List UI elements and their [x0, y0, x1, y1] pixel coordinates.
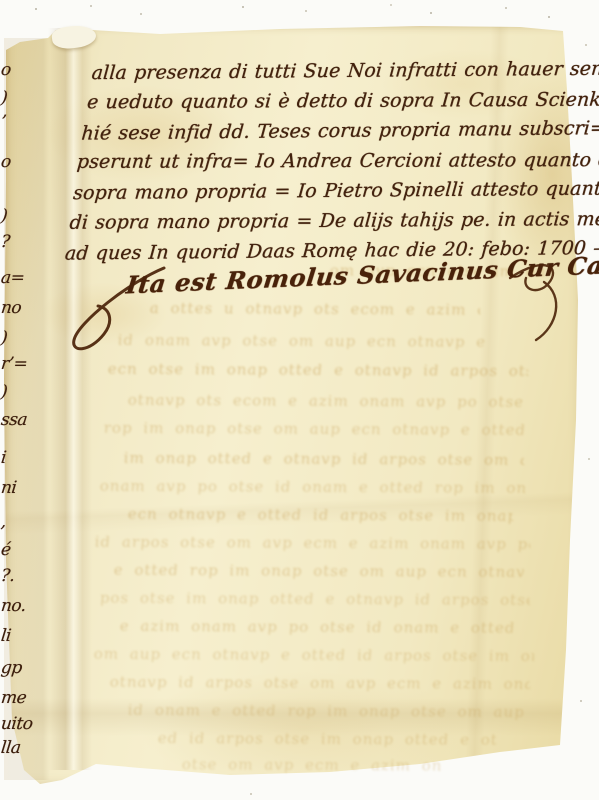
manuscript-line: hié sese infid dd. Teses corus propria m…: [80, 113, 574, 148]
signature-text: Ita est Romolus Savacinus Cur Cap Nobrij: [125, 246, 599, 300]
manuscript-line: pserunt ut infra= Io Andrea Cercioni att…: [76, 145, 572, 177]
handwritten-text-block: alla presenza di tutti Sue Noi infratti …: [75, 56, 579, 266]
scanned-manuscript: om avp ecn otse im onap otted ea ottes u…: [0, 0, 599, 800]
manuscript-line: alla presenza di tutti Sue Noi infratti …: [91, 54, 580, 88]
scanner-dust-specks: [0, 0, 2, 2]
manuscript-line: e ueduto quanto si è detto di sopra In C…: [86, 85, 577, 118]
manuscript-line: di sopra mano propria = De alijs tahijs …: [68, 204, 566, 237]
fore-edge-shade: [4, 38, 50, 780]
notary-signature: Ita est Romolus Savacinus Cur Cap Nobrij: [70, 246, 570, 356]
manuscript-line: sopra mano propria = Io Pietro Spinelli …: [72, 174, 569, 208]
